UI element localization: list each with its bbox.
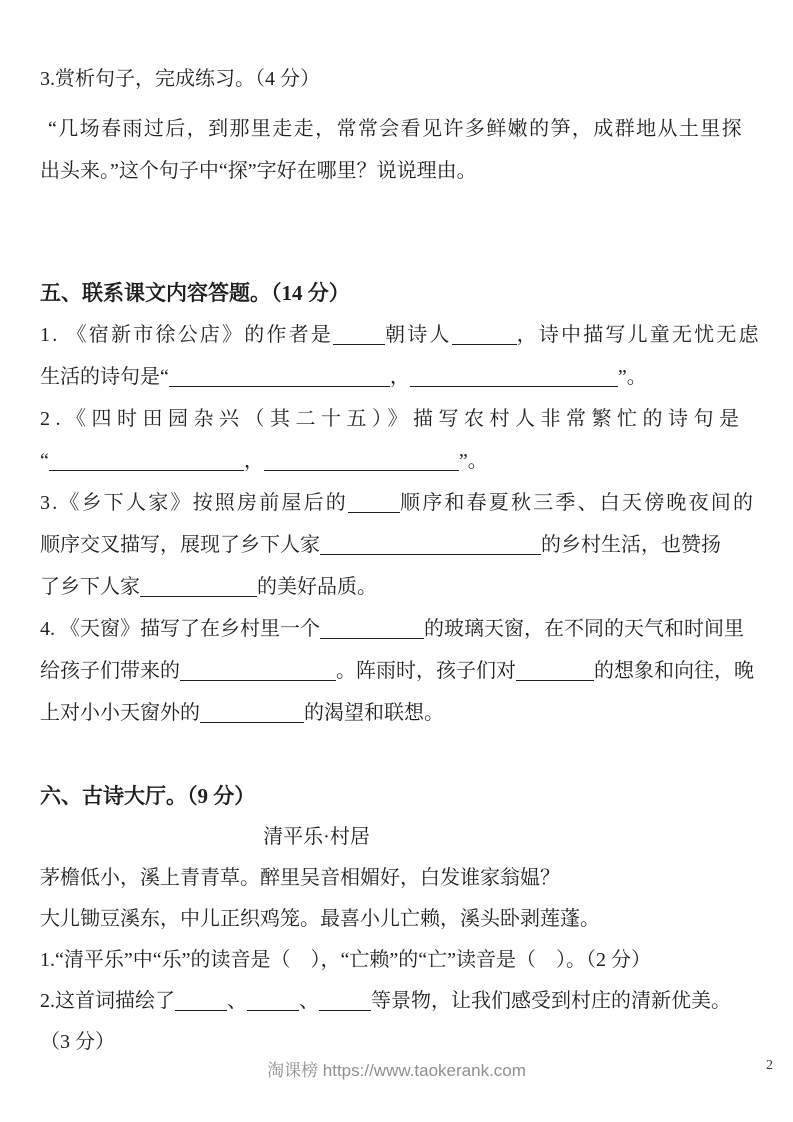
answer-blank — [247, 996, 299, 1011]
question-5-1-line-1: 1. 《宿新市徐公店》的作者是朝诗人，诗中描写儿童无忧无虑 — [40, 314, 755, 356]
answer-blank — [319, 996, 371, 1011]
page-footer: 淘课榜 https://www.taokerank.com — [0, 1056, 793, 1081]
poem-title: 清平乐·村居 — [0, 817, 674, 858]
question-3-title: 3.赏析句子，完成练习。（4 分） — [40, 58, 755, 100]
answer-blank — [175, 996, 227, 1011]
footer-site-link[interactable]: 淘课榜 https://www.taokerank.com — [267, 1061, 526, 1080]
answer-blank — [140, 582, 257, 597]
poem-line-2: 大儿锄豆溪东，中儿正织鸡笼。最喜小儿亡赖，溪头卧剥莲蓬。 — [40, 899, 755, 940]
section-6-block: 六、古诗大厅。（9 分） 清平乐·村居 茅檐低小，溪上青青草。醉里吴音相媚好，白… — [40, 775, 755, 1063]
section-5-heading: 五、联系课文内容答题。（14 分） — [40, 272, 755, 314]
section-6-heading: 六、古诗大厅。（9 分） — [40, 775, 755, 817]
answer-blank — [333, 330, 385, 345]
answer-blank — [200, 708, 304, 723]
answer-blank — [516, 666, 594, 681]
question-5-3-line-1: 3.《乡下人家》按照房前屋后的顺序和春夏秋三季、白天傍晚夜间的 — [40, 482, 755, 524]
section-6-question-2-line-1: 2.这首词描绘了、、等景物，让我们感受到村庄的清新优美。 — [40, 981, 755, 1022]
answer-blank — [348, 498, 400, 513]
question-5-3-line-2: 顺序交叉描写，展现了乡下人家的乡村生活，也赞扬 — [40, 524, 755, 566]
question-3-passage-line-2: 出头来。”这个句子中“探”字好在哪里？说说理由。 — [40, 150, 755, 192]
section-6-question-1: 1.“清平乐”中“乐”的读音是（ ），“亡赖”的“亡”读音是（ ）。（2 分） — [40, 940, 755, 981]
question-5-2-line-2: “，”。 — [40, 440, 755, 482]
answer-blank — [452, 330, 517, 345]
page-number: 2 — [766, 1058, 773, 1074]
question-5-2-line-1: 2.《四时田园杂兴（其二十五）》描写农村人非常繁忙的诗句是 — [40, 398, 755, 440]
answer-blank — [264, 456, 459, 471]
answer-blank — [180, 666, 336, 681]
poem-line-1: 茅檐低小，溪上青青草。醉里吴音相媚好，白发谁家翁媪？ — [40, 858, 755, 899]
question-5-4-line-1: 4. 《天窗》描写了在乡村里一个的玻璃天窗，在不同的天气和时间里 — [40, 608, 755, 650]
exam-page: 3.赏析句子，完成练习。（4 分） “几场春雨过后，到那里走走，常常会看见许多鲜… — [0, 0, 793, 1122]
question-5-1-line-2: 生活的诗句是“，”。 — [40, 356, 755, 398]
question-5-3-line-3: 了乡下人家的美好品质。 — [40, 566, 755, 608]
answer-blank — [320, 624, 424, 639]
question-3-passage-line-1: “几场春雨过后，到那里走走，常常会看见许多鲜嫩的笋，成群地从土里探 — [40, 108, 755, 150]
section-5-block: 五、联系课文内容答题。（14 分） 1. 《宿新市徐公店》的作者是朝诗人，诗中描… — [40, 272, 755, 734]
answer-blank — [49, 456, 244, 471]
answer-blank — [169, 372, 390, 387]
question-3-block: 3.赏析句子，完成练习。（4 分） “几场春雨过后，到那里走走，常常会看见许多鲜… — [40, 58, 755, 192]
answer-blank — [320, 540, 541, 555]
answer-blank — [410, 372, 618, 387]
question-5-4-line-3: 上对小小天窗外的的渴望和联想。 — [40, 692, 755, 734]
question-5-4-line-2: 给孩子们带来的。阵雨时，孩子们对的想象和向往，晚 — [40, 650, 755, 692]
